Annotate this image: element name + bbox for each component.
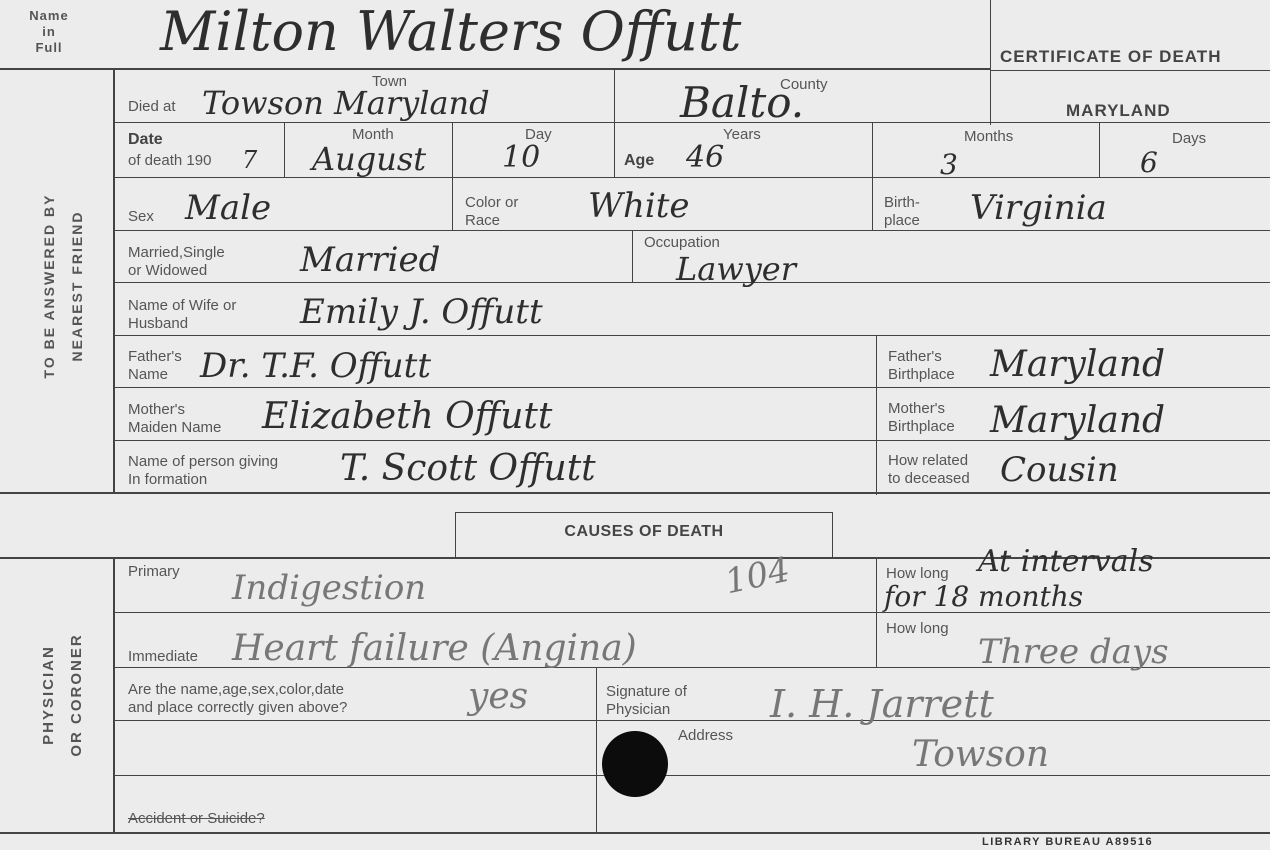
year-digit-value: 7: [242, 146, 257, 174]
divider: [632, 230, 633, 282]
mother-name-value: Elizabeth Offutt: [262, 396, 552, 437]
punch-hole: [602, 731, 668, 797]
certificate-title: CERTIFICATE OF DEATH: [1000, 48, 1221, 66]
father-name-label: Father's Name: [128, 348, 182, 384]
divider: [115, 387, 1270, 388]
occupation-value: Lawyer: [676, 250, 796, 288]
divider: [614, 70, 615, 178]
side-label-line-2: OR CORONER: [70, 570, 84, 820]
relation-label: How related to deceased: [888, 452, 970, 488]
side-label-line-2: NEAREST FRIEND: [70, 136, 84, 436]
divider: [284, 122, 285, 177]
spouse-label: Name of Wife or Husband: [128, 297, 236, 333]
father-birthplace-value: Maryland: [990, 344, 1165, 385]
age-days-value: 6: [1140, 146, 1158, 179]
mother-birthplace-value: Maryland: [990, 400, 1165, 441]
immediate-cause-label: Immediate: [128, 648, 198, 666]
marital-status-value: Married: [300, 240, 440, 280]
of-death-label: of death 190: [128, 152, 211, 170]
mother-name-label: Mother's Maiden Name: [128, 401, 221, 437]
father-name-value: Dr. T.F. Offutt: [200, 346, 431, 386]
divider: [1099, 122, 1100, 177]
county-value: Balto.: [680, 78, 804, 127]
side-label-line-1: PHYSICIAN: [42, 570, 56, 820]
divider: [115, 335, 1270, 336]
day-value: 10: [502, 140, 540, 175]
divider: [455, 512, 833, 513]
death-certificate-card: Name in Full Milton Walters Offutt CERTI…: [0, 0, 1270, 850]
verify-question-label: Are the name,age,sex,color,date and plac…: [128, 681, 347, 717]
birthplace-value: Virginia: [970, 188, 1107, 228]
mother-birthplace-label: Mother's Birthplace: [888, 400, 955, 436]
color-value: White: [588, 186, 690, 226]
town-value: Towson Maryland: [202, 84, 490, 122]
causes-of-death-header: CAUSES OF DEATH: [455, 523, 833, 541]
divider: [0, 68, 990, 70]
divider: [990, 70, 1270, 71]
divider: [596, 667, 597, 832]
date-label: Date: [128, 131, 163, 149]
divider: [872, 122, 873, 230]
immediate-cause-value: Heart failure (Angina): [232, 628, 637, 669]
immediate-duration-value: Three days: [978, 632, 1169, 672]
marital-status-label: Married,Single or Widowed: [128, 244, 225, 280]
age-label: Age: [624, 152, 654, 170]
divider: [115, 230, 1270, 231]
physician-signature-label: Signature of Physician: [606, 683, 687, 719]
spouse-value: Emily J. Offutt: [300, 292, 543, 332]
sex-value: Male: [185, 188, 271, 228]
physician-coroner-side-label: PHYSICIAN OR CORONER: [42, 570, 72, 820]
died-at-label: Died at: [128, 98, 176, 116]
informant-value: T. Scott Offutt: [340, 448, 596, 489]
name-value: Milton Walters Offutt: [160, 0, 741, 63]
divider: [115, 775, 1270, 776]
months-label: Months: [964, 128, 1013, 146]
relation-value: Cousin: [1000, 450, 1119, 490]
divider: [115, 720, 1270, 721]
divider: [876, 335, 877, 495]
divider: [0, 492, 1270, 494]
physician-address-value: Towson: [912, 734, 1049, 775]
color-race-label: Color or Race: [465, 194, 518, 230]
primary-duration-line-2: for 18 months: [884, 580, 1083, 613]
days-label: Days: [1172, 130, 1206, 148]
age-years-value: 46: [686, 140, 724, 175]
nearest-friend-side-label: TO BE ANSWERED BY NEAREST FRIEND: [42, 136, 72, 436]
primary-cause-label: Primary: [128, 563, 180, 581]
divider: [113, 68, 115, 492]
birthplace-label: Birth- place: [884, 194, 920, 230]
divider: [0, 832, 1270, 834]
years-label: Years: [723, 126, 761, 144]
divider: [115, 177, 1270, 178]
divider: [990, 0, 991, 125]
accident-suicide-label: Accident or Suicide?: [128, 810, 265, 828]
verify-value: yes: [468, 676, 528, 717]
sex-label: Sex: [128, 208, 154, 226]
age-months-value: 3: [940, 148, 958, 181]
physician-signature-value: I. H. Jarrett: [770, 682, 994, 726]
how-long-immediate-label: How long: [886, 620, 949, 638]
divider: [452, 122, 453, 230]
father-birthplace-label: Father's Birthplace: [888, 348, 955, 384]
library-bureau-footer: LIBRARY BUREAU A89516: [982, 835, 1153, 849]
primary-duration-line-1: At intervals: [978, 544, 1154, 579]
state-label: MARYLAND: [1066, 102, 1171, 120]
month-value: August: [312, 140, 426, 178]
divider: [115, 612, 1270, 613]
primary-cause-value: Indigestion: [232, 568, 426, 608]
side-label-line-1: TO BE ANSWERED BY: [42, 136, 56, 436]
address-label: Address: [678, 727, 733, 745]
name-label: Name in Full: [14, 8, 84, 56]
divider: [113, 557, 115, 832]
informant-label: Name of person giving In formation: [128, 453, 278, 489]
